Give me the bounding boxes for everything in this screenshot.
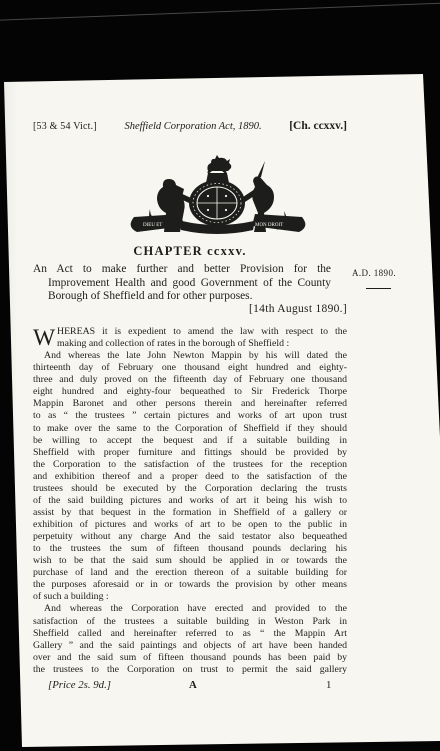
preamble-line: the trustees to the Corporation on trust… [33,664,347,676]
margin-note-rule [366,288,391,289]
preamble-line: to make over the same to the Corporation… [33,423,347,435]
motto-right-text: MON DROIT [255,223,283,228]
preamble-line: be willing to accept the bequest and if … [33,435,347,447]
preamble-line: perpetuity without any charge And the sa… [33,531,347,543]
page-content: [53 & 54 Vict.] Sheffield Corporation Ac… [0,0,440,751]
running-title: Sheffield Corporation Act, 1890. [124,121,261,132]
chapter-heading: CHAPTER ccxxv. [33,244,347,259]
drop-cap: W [33,327,55,350]
preamble-line: Mappin Baronet and other persons therein… [33,398,347,410]
preamble-line: Sheffield called and hereinafter referre… [33,628,347,640]
preamble-line: to the trustees the sum of fifteen thous… [33,543,347,555]
signature-mark: A [189,679,197,691]
preamble-line: HEREAS it is expedient to amend the law … [33,326,347,338]
page-footer: [Price 2s. 9d.] A 1 [0,679,440,693]
preamble-line: And whereas the late John Newton Mappin … [33,350,347,362]
royal-coat-of-arms-icon: DIEU ET MON DROIT [124,151,312,240]
chapter-reference: [Ch. ccxxv.] [289,120,347,132]
preamble-line: Gallery ” and the said paintings and obj… [33,640,347,652]
document-page: [53 & 54 Vict.] Sheffield Corporation Ac… [0,0,440,751]
preamble-line: satisfaction of the trustees a suitable … [33,616,347,628]
preamble-line: of such a building : [33,591,347,603]
preamble-line: thirteenth day of February one thousand … [33,362,347,374]
regnal-year: [53 & 54 Vict.] [33,121,97,132]
preamble-line: exhibition of pictures and works of art … [33,519,347,531]
preamble-text: W HEREAS it is expedient to amend the la… [33,326,347,676]
preamble-line: And whereas the Corporation have erected… [33,603,347,615]
scan-scratch-line [0,2,440,21]
preamble-line: to as “ the trustees ” certain pictures … [33,410,347,422]
preamble-line: assist by that bequest in the formation … [33,507,347,519]
long-title-line: Borough of Sheffield and for other purpo… [33,290,331,304]
preamble-line: of the said building pictures and works … [33,495,347,507]
margin-note-date: A.D. 1890. [352,268,402,278]
page-number: 1 [326,679,331,691]
page-header: [53 & 54 Vict.] Sheffield Corporation Ac… [33,120,347,132]
preamble-line: eight hundred and eighty-four bequeathed… [33,386,347,398]
royal-assent-date: [14th August 1890.] [33,303,347,315]
preamble-line: wish to be that the said sum should be a… [33,555,347,567]
preamble-line: three and duly proved on the fifteenth d… [33,374,347,386]
long-title-line: Improvement Health and good Government o… [33,277,331,291]
preamble-line: over and the said sum of fifteen thousan… [33,652,347,664]
preamble-line: purchase of land and the erection thereo… [33,567,347,579]
preamble-line: making and collection of rates in the bo… [33,338,347,350]
price-label: [Price 2s. 9d.] [48,679,111,691]
preamble-line: trustees should be executed by the Corpo… [33,483,347,495]
preamble-line: Sheffield with proper furniture and fitt… [33,447,347,459]
preamble-line: the Corporation to the satisfaction of t… [33,459,347,471]
motto-left-text: DIEU ET [143,223,162,228]
preamble-line: the purposes aforesaid or in or towards … [33,579,347,591]
preamble-line: and exhibition thereof and a proper deed… [33,471,347,483]
long-title-line: An Act to make further and better Provis… [33,263,331,277]
act-long-title: An Act to make further and better Provis… [33,263,331,304]
